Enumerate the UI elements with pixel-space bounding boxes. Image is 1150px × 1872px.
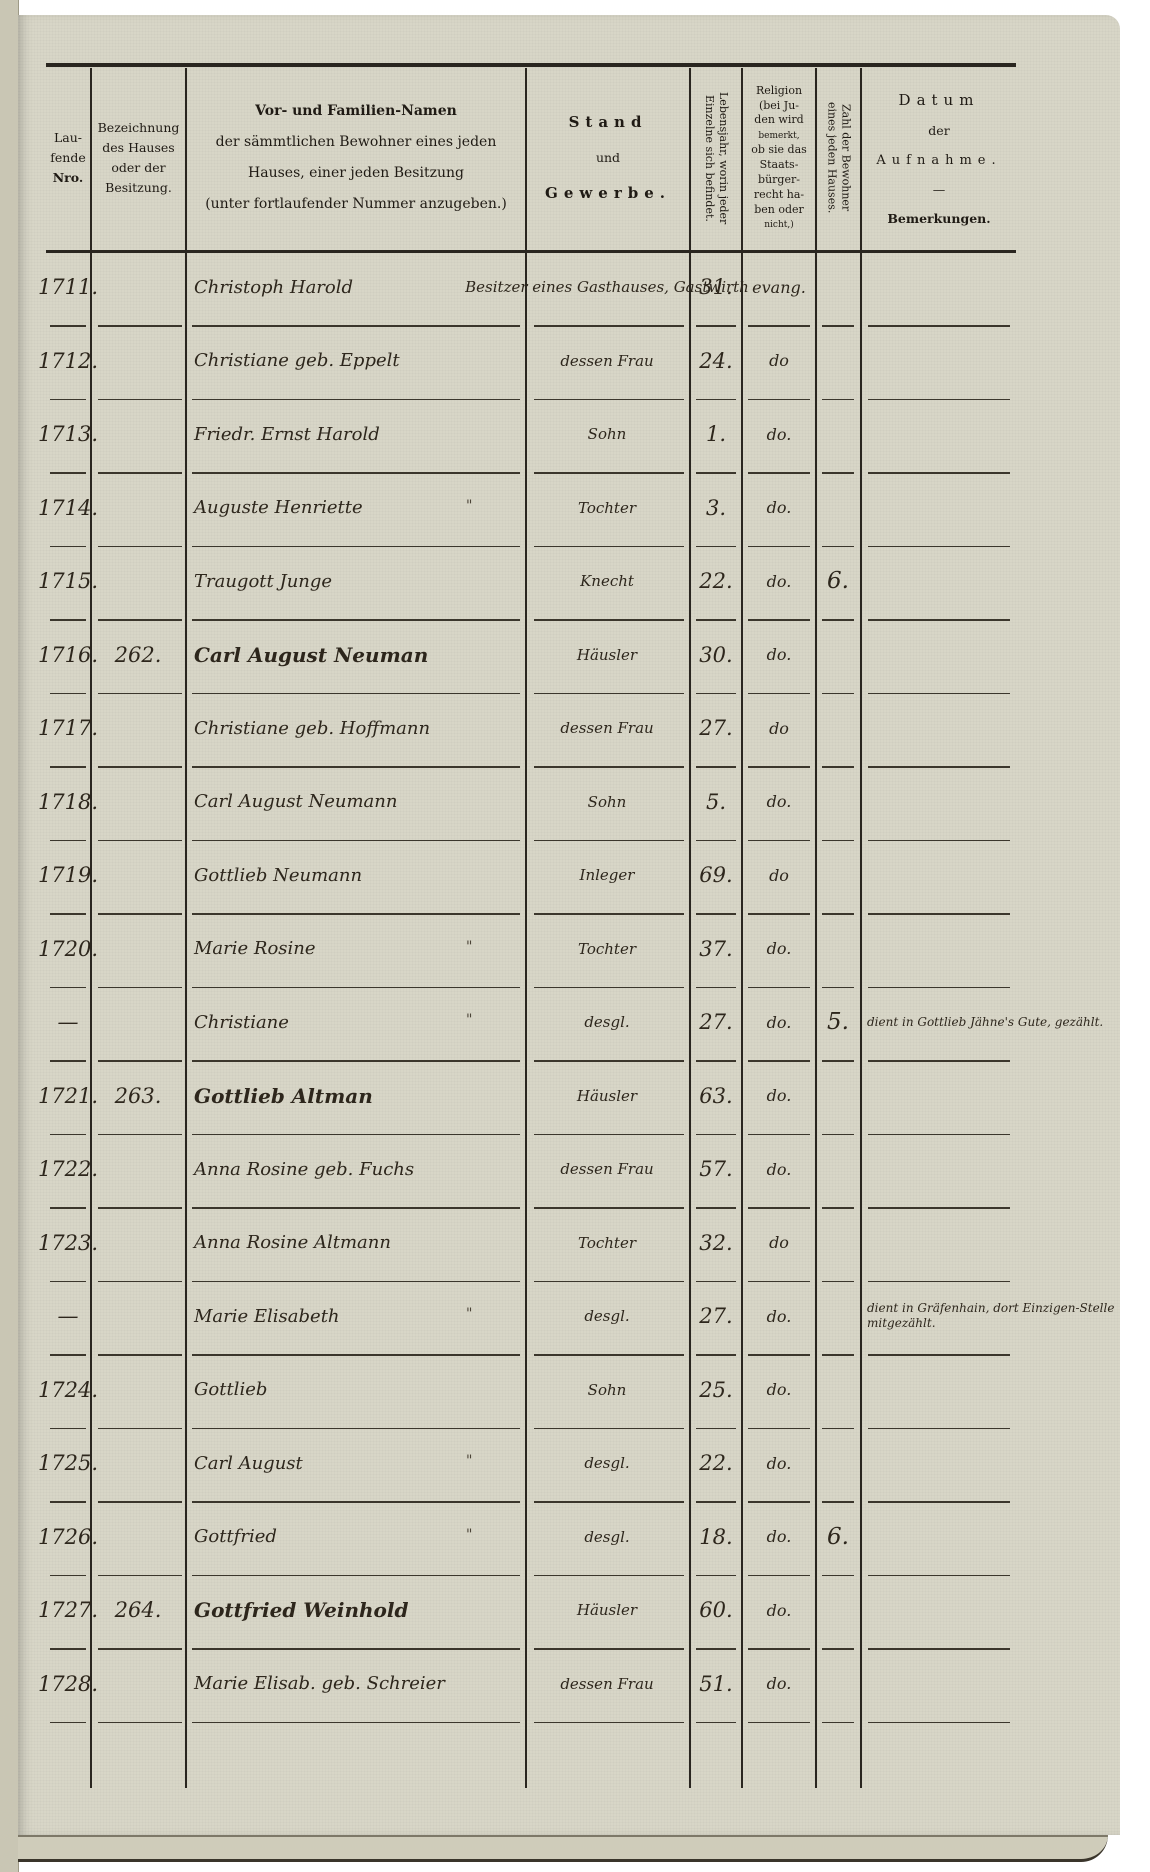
table-row: 1719.Gottlieb NeumannInleger69.do xyxy=(46,841,1016,915)
stand-gewerbe: dessen Frau xyxy=(528,700,686,756)
header-text: bürger- xyxy=(758,173,800,186)
zahl-bewohner xyxy=(817,1288,859,1344)
bemerkung xyxy=(861,921,1150,977)
header-text: Nro. xyxy=(53,170,83,185)
ditto-mark: " xyxy=(466,1527,472,1543)
ditto-mark: " xyxy=(466,1306,472,1322)
header-datum-bemerkungen: Datum der Aufnahme. — Bemerkungen. xyxy=(862,68,1016,248)
header-text: ben oder xyxy=(754,203,804,216)
bewohner-name: Marie Rosine xyxy=(188,921,530,977)
lebensjahr: 1. xyxy=(691,406,741,462)
table-row: 1727.264.Gottfried WeinholdHäusler60.do. xyxy=(46,1576,1016,1650)
laufende-nummer: 1721. xyxy=(46,1068,90,1124)
zahl-bewohner xyxy=(817,259,859,315)
stand-gewerbe: desgl. xyxy=(528,1288,686,1344)
lebensjahr: 18. xyxy=(691,1509,741,1565)
bewohner-name: Gottlieb xyxy=(188,1362,530,1418)
lebensjahr: 60. xyxy=(691,1582,741,1638)
bemerkung xyxy=(861,847,1150,903)
lebensjahr: 30. xyxy=(691,627,741,683)
bemerkung xyxy=(861,1435,1150,1491)
header-text: Lebensjahr, worin jeder xyxy=(717,92,730,224)
bewohner-name: Christiane xyxy=(188,994,530,1050)
bewohner-name: Anna Rosine geb. Fuchs xyxy=(188,1141,530,1197)
bemerkung: dient in Gottlieb Jähne's Gute, gezählt. xyxy=(861,994,1150,1050)
header-text: eines jeden Hauses. xyxy=(826,102,839,213)
header-text: fende xyxy=(50,150,85,165)
top-rule xyxy=(46,63,1016,67)
religion: do xyxy=(743,1215,815,1271)
zahl-bewohner xyxy=(817,333,859,389)
lebensjahr: 51. xyxy=(691,1656,741,1712)
bemerkung xyxy=(861,1509,1150,1565)
haus-nummer xyxy=(92,700,184,756)
table-row: —Marie Elisabethdesgl.27.do.dient in Grä… xyxy=(46,1282,1016,1356)
laufende-nummer: 1717. xyxy=(46,700,90,756)
bemerkung xyxy=(861,406,1150,462)
religion: evang. xyxy=(743,259,815,315)
zahl-bewohner: 6. xyxy=(817,1509,859,1565)
zahl-bewohner xyxy=(817,1435,859,1491)
header-laufende-nro: Lau- fende Nro. xyxy=(46,68,90,248)
header-text: der xyxy=(928,123,949,138)
table-row: 1723.Anna Rosine AltmannTochter32.do xyxy=(46,1209,1016,1283)
lebensjahr: 24. xyxy=(691,333,741,389)
bewohner-name: Auguste Henriette xyxy=(188,480,530,536)
header-text: Zahl der Bewohner xyxy=(839,104,852,211)
lebensjahr: 69. xyxy=(691,847,741,903)
lebensjahr: 57. xyxy=(691,1141,741,1197)
table-row: 1714.Auguste HenrietteTochter3.do." xyxy=(46,474,1016,548)
header-text: (bei Ju- xyxy=(759,99,799,112)
religion: do. xyxy=(743,406,815,462)
religion: do. xyxy=(743,1656,815,1712)
stand-gewerbe: desgl. xyxy=(528,1509,686,1565)
laufende-nummer: 1726. xyxy=(46,1509,90,1565)
zahl-bewohner xyxy=(817,1656,859,1712)
table-row: 1718.Carl August NeumannSohn5.do. xyxy=(46,768,1016,842)
zahl-bewohner: 6. xyxy=(817,553,859,609)
header-bezeichnung-hauses: Bezeichnung des Hauses oder der Besitzun… xyxy=(92,68,185,248)
stand-gewerbe: Sohn xyxy=(528,1362,686,1418)
zahl-bewohner xyxy=(817,627,859,683)
header-lebensjahr: Lebensjahr, worin jeder Einzelne sich be… xyxy=(691,68,741,248)
stand-gewerbe: Häusler xyxy=(528,1582,686,1638)
laufende-nummer: 1716. xyxy=(46,627,90,683)
bemerkung xyxy=(861,627,1150,683)
zahl-bewohner xyxy=(817,774,859,830)
page-stack-edge xyxy=(18,1835,1108,1862)
header-separator: — xyxy=(933,182,946,197)
header-namen: Vor- und Familien-Namen der sämmtlichen … xyxy=(187,68,525,248)
row-rule xyxy=(822,1722,854,1724)
bemerkung xyxy=(861,333,1150,389)
bemerkung xyxy=(861,1215,1150,1271)
header-text: des Hauses xyxy=(102,140,174,155)
table-row: 1724.GottliebSohn25.do. xyxy=(46,1356,1016,1430)
religion: do. xyxy=(743,1068,815,1124)
header-text: nicht,) xyxy=(764,220,794,230)
ditto-mark: " xyxy=(466,498,472,514)
laufende-nummer: 1713. xyxy=(46,406,90,462)
haus-nummer xyxy=(92,1288,184,1344)
header-text: Stand xyxy=(569,113,648,131)
laufende-nummer: 1725. xyxy=(46,1435,90,1491)
header-text: Staats- xyxy=(760,158,799,171)
haus-nummer: 263. xyxy=(92,1068,184,1124)
stand-gewerbe: Inleger xyxy=(528,847,686,903)
header-text: Hauses, einer jeden Besitzung xyxy=(248,165,464,181)
table-row: 1713.Friedr. Ernst HaroldSohn1.do. xyxy=(46,400,1016,474)
religion: do. xyxy=(743,1288,815,1344)
bewohner-name: Gottfried Weinhold xyxy=(188,1582,530,1638)
haus-nummer xyxy=(92,994,184,1050)
bemerkung xyxy=(861,480,1150,536)
haus-nummer xyxy=(92,847,184,903)
stand-gewerbe: dessen Frau xyxy=(528,1141,686,1197)
haus-nummer xyxy=(92,1362,184,1418)
bewohner-name: Carl August Neuman xyxy=(188,627,530,683)
bemerkung xyxy=(861,774,1150,830)
religion: do. xyxy=(743,1509,815,1565)
zahl-bewohner xyxy=(817,406,859,462)
header-text: Gewerbe. xyxy=(545,184,671,202)
zahl-bewohner xyxy=(817,1141,859,1197)
religion: do. xyxy=(743,994,815,1050)
bemerkung xyxy=(861,1656,1150,1712)
stand-gewerbe: Tochter xyxy=(528,1215,686,1271)
stand-gewerbe: Knecht xyxy=(528,553,686,609)
haus-nummer: 262. xyxy=(92,627,184,683)
header-text: ob sie das xyxy=(751,143,807,156)
stand-gewerbe: Häusler xyxy=(528,1068,686,1124)
zahl-bewohner: 5. xyxy=(817,994,859,1050)
header-text: oder der xyxy=(111,160,165,175)
table-row: 1717.Christiane geb. Hoffmanndessen Frau… xyxy=(46,694,1016,768)
bemerkung: dient in Gräfenhain, dort Einzigen-Stell… xyxy=(861,1288,1150,1344)
stand-gewerbe: Tochter xyxy=(528,480,686,536)
table-row: 1715.Traugott JungeKnecht22.do.6. xyxy=(46,547,1016,621)
laufende-nummer: 1711. xyxy=(46,259,90,315)
bewohner-name: Traugott Junge xyxy=(188,553,530,609)
religion: do. xyxy=(743,627,815,683)
religion: do. xyxy=(743,480,815,536)
religion: do xyxy=(743,847,815,903)
table-row: 1712.Christiane geb. Eppeltdessen Frau24… xyxy=(46,327,1016,401)
row-rule xyxy=(868,1722,1010,1724)
table-row: 1728.Marie Elisab. geb. Schreierdessen F… xyxy=(46,1650,1016,1724)
religion: do. xyxy=(743,921,815,977)
laufende-nummer: 1720. xyxy=(46,921,90,977)
zahl-bewohner xyxy=(817,1582,859,1638)
haus-nummer xyxy=(92,1215,184,1271)
religion: do. xyxy=(743,774,815,830)
laufende-nummer: 1719. xyxy=(46,847,90,903)
row-rule xyxy=(50,1722,86,1724)
bewohner-name: Carl August Neumann xyxy=(188,774,530,830)
religion: do. xyxy=(743,553,815,609)
row-rule xyxy=(98,1722,182,1724)
zahl-bewohner xyxy=(817,1068,859,1124)
table-row: —Christianedesgl.27.do.5.dient in Gottli… xyxy=(46,988,1016,1062)
stand-gewerbe: desgl. xyxy=(528,994,686,1050)
haus-nummer xyxy=(92,921,184,977)
ditto-mark: " xyxy=(466,939,472,955)
stand-gewerbe: desgl. xyxy=(528,1435,686,1491)
laufende-nummer: — xyxy=(46,1288,90,1344)
lebensjahr: 32. xyxy=(691,1215,741,1271)
lebensjahr: 5. xyxy=(691,774,741,830)
stand-gewerbe: Häusler xyxy=(528,627,686,683)
header-text: der sämmtlichen Bewohner eines jeden xyxy=(216,134,497,150)
header-text: Datum xyxy=(899,91,980,109)
bewohner-name: Marie Elisab. geb. Schreier xyxy=(188,1656,530,1712)
table-row: 1711.Christoph HaroldBesitzer eines Gast… xyxy=(46,253,1016,327)
header-stand-gewerbe: Stand und Gewerbe. xyxy=(527,68,689,248)
table-row: 1722.Anna Rosine geb. Fuchsdessen Frau57… xyxy=(46,1135,1016,1209)
haus-nummer: 264. xyxy=(92,1582,184,1638)
header-religion: Religion (bei Ju- den wird bemerkt, ob s… xyxy=(743,68,815,248)
zahl-bewohner xyxy=(817,847,859,903)
stand-gewerbe: Tochter xyxy=(528,921,686,977)
lebensjahr: 22. xyxy=(691,1435,741,1491)
bewohner-name: Gottfried xyxy=(188,1509,530,1565)
table-row: 1725.Carl Augustdesgl.22.do." xyxy=(46,1429,1016,1503)
haus-nummer xyxy=(92,1435,184,1491)
stand-gewerbe: Besitzer eines Gasthauses, Gastwirth xyxy=(528,259,686,315)
zahl-bewohner xyxy=(817,1362,859,1418)
row-rule xyxy=(748,1722,810,1724)
bemerkung xyxy=(861,1141,1150,1197)
lebensjahr: 37. xyxy=(691,921,741,977)
header-text: (unter fortlaufender Nummer anzugeben.) xyxy=(205,196,507,212)
lebensjahr: 27. xyxy=(691,1288,741,1344)
religion: do. xyxy=(743,1362,815,1418)
header-text: bemerkt, xyxy=(758,131,799,141)
religion: do xyxy=(743,700,815,756)
row-rule xyxy=(696,1722,736,1724)
header-text: Besitzung. xyxy=(105,180,172,195)
table-row: 1726.Gottfrieddesgl.18.do.6." xyxy=(46,1503,1016,1577)
book-spine xyxy=(0,0,19,1872)
header-text: Aufnahme. xyxy=(876,153,1001,168)
laufende-nummer: 1722. xyxy=(46,1141,90,1197)
bemerkung xyxy=(861,1362,1150,1418)
laufende-nummer: 1723. xyxy=(46,1215,90,1271)
laufende-nummer: 1715. xyxy=(46,553,90,609)
laufende-nummer: 1728. xyxy=(46,1656,90,1712)
bewohner-name: Christiane geb. Eppelt xyxy=(188,333,530,389)
haus-nummer xyxy=(92,1509,184,1565)
lebensjahr: 27. xyxy=(691,700,741,756)
ditto-mark: " xyxy=(466,1453,472,1469)
bewohner-name: Gottlieb Altman xyxy=(188,1068,530,1124)
haus-nummer xyxy=(92,406,184,462)
bewohner-name: Christiane geb. Hoffmann xyxy=(188,700,530,756)
stand-gewerbe: Sohn xyxy=(528,406,686,462)
ditto-mark: " xyxy=(466,1012,472,1028)
row-rule xyxy=(192,1722,520,1724)
bemerkung xyxy=(861,1068,1150,1124)
zahl-bewohner xyxy=(817,480,859,536)
header-text: den wird xyxy=(754,113,803,126)
zahl-bewohner xyxy=(817,1215,859,1271)
stand-gewerbe: dessen Frau xyxy=(528,333,686,389)
row-rule xyxy=(534,1722,684,1724)
bemerkung xyxy=(861,700,1150,756)
stand-gewerbe: dessen Frau xyxy=(528,1656,686,1712)
stand-gewerbe: Sohn xyxy=(528,774,686,830)
header-text: Bemerkungen. xyxy=(887,211,990,226)
lebensjahr: 22. xyxy=(691,553,741,609)
bemerkung xyxy=(861,553,1150,609)
haus-nummer xyxy=(92,1656,184,1712)
haus-nummer xyxy=(92,259,184,315)
header-text: Einzelne sich befindet. xyxy=(703,95,716,222)
haus-nummer xyxy=(92,333,184,389)
laufende-nummer: 1714. xyxy=(46,480,90,536)
lebensjahr: 27. xyxy=(691,994,741,1050)
haus-nummer xyxy=(92,480,184,536)
bemerkung xyxy=(861,1582,1150,1638)
haus-nummer xyxy=(92,553,184,609)
laufende-nummer: 1727. xyxy=(46,1582,90,1638)
laufende-nummer: 1718. xyxy=(46,774,90,830)
bewohner-name: Marie Elisabeth xyxy=(188,1288,530,1344)
lebensjahr: 25. xyxy=(691,1362,741,1418)
header-zahl-bewohner: Zahl der Bewohner eines jeden Hauses. xyxy=(817,68,860,248)
table-row: 1721.263.Gottlieb AltmanHäusler63.do. xyxy=(46,1062,1016,1136)
laufende-nummer: 1724. xyxy=(46,1362,90,1418)
zahl-bewohner xyxy=(817,921,859,977)
lebensjahr: 63. xyxy=(691,1068,741,1124)
header-text: Vor- und Familien-Namen xyxy=(255,103,457,119)
laufende-nummer: 1712. xyxy=(46,333,90,389)
zahl-bewohner xyxy=(817,700,859,756)
header-text: Bezeichnung xyxy=(98,120,180,135)
header-text: Lau- xyxy=(54,130,82,145)
lebensjahr: 3. xyxy=(691,480,741,536)
bewohner-name: Gottlieb Neumann xyxy=(188,847,530,903)
table-row: 1716.262.Carl August NeumanHäusler30.do. xyxy=(46,621,1016,695)
laufende-nummer: — xyxy=(46,994,90,1050)
haus-nummer xyxy=(92,774,184,830)
lebensjahr: 31. xyxy=(691,259,741,315)
religion: do. xyxy=(743,1582,815,1638)
header-text: recht ha- xyxy=(754,188,804,201)
bewohner-name: Carl August xyxy=(188,1435,530,1491)
religion: do xyxy=(743,333,815,389)
bewohner-name: Friedr. Ernst Harold xyxy=(188,406,530,462)
bewohner-name: Anna Rosine Altmann xyxy=(188,1215,530,1271)
bemerkung xyxy=(861,259,1150,315)
haus-nummer xyxy=(92,1141,184,1197)
religion: do. xyxy=(743,1435,815,1491)
header-text: Religion xyxy=(756,84,802,97)
table-row: 1720.Marie RosineTochter37.do." xyxy=(46,915,1016,989)
header-text: und xyxy=(596,150,620,165)
religion: do. xyxy=(743,1141,815,1197)
